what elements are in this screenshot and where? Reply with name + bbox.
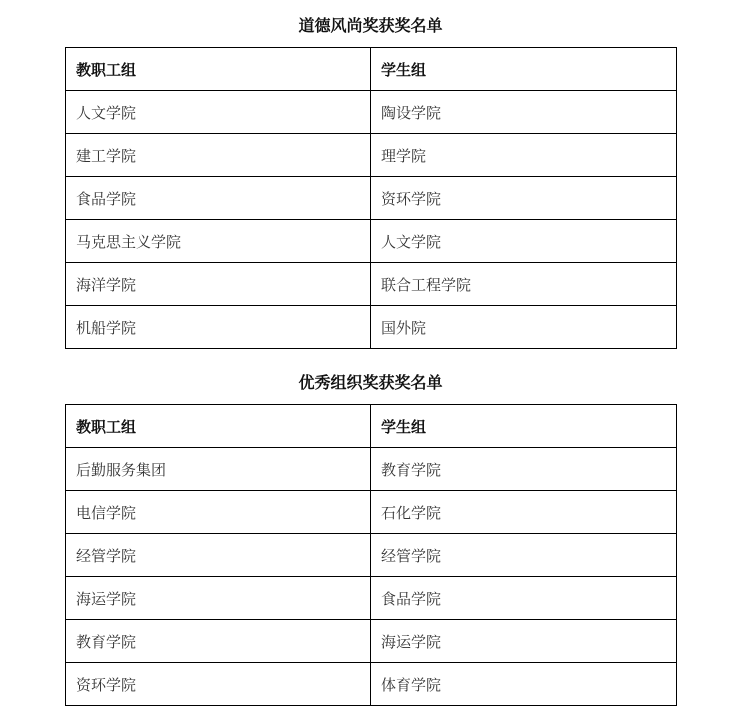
cell-staff: 后勤服务集团 (66, 448, 371, 491)
table-row: 海运学院 食品学院 (66, 577, 677, 620)
column-header-student: 学生组 (371, 405, 677, 448)
table-row: 食品学院 资环学院 (66, 177, 677, 220)
cell-student: 体育学院 (371, 663, 677, 706)
cell-student: 陶设学院 (371, 91, 677, 134)
cell-student: 教育学院 (371, 448, 677, 491)
table-row: 海洋学院 联合工程学院 (66, 263, 677, 306)
cell-staff: 食品学院 (66, 177, 371, 220)
cell-staff: 海洋学院 (66, 263, 371, 306)
cell-student: 石化学院 (371, 491, 677, 534)
column-header-staff: 教职工组 (66, 48, 371, 91)
cell-staff: 机船学院 (66, 306, 371, 349)
table-row: 资环学院 体育学院 (66, 663, 677, 706)
award-table: 教职工组 学生组 人文学院 陶设学院 建工学院 理学院 食品学院 资环学院 马克… (65, 47, 677, 349)
award-table: 教职工组 学生组 后勤服务集团 教育学院 电信学院 石化学院 经管学院 经管学院… (65, 404, 677, 706)
cell-staff: 建工学院 (66, 134, 371, 177)
table-row: 人文学院 陶设学院 (66, 91, 677, 134)
cell-student: 理学院 (371, 134, 677, 177)
table-header-row: 教职工组 学生组 (66, 48, 677, 91)
cell-staff: 海运学院 (66, 577, 371, 620)
cell-staff: 电信学院 (66, 491, 371, 534)
cell-student: 国外院 (371, 306, 677, 349)
table-row: 后勤服务集团 教育学院 (66, 448, 677, 491)
section-title: 优秀组织奖获奖名单 (65, 373, 676, 393)
cell-student: 海运学院 (371, 620, 677, 663)
cell-student: 人文学院 (371, 220, 677, 263)
table-row: 经管学院 经管学院 (66, 534, 677, 577)
column-header-student: 学生组 (371, 48, 677, 91)
table-row: 教育学院 海运学院 (66, 620, 677, 663)
cell-staff: 马克思主义学院 (66, 220, 371, 263)
cell-student: 经管学院 (371, 534, 677, 577)
cell-student: 联合工程学院 (371, 263, 677, 306)
table-row: 建工学院 理学院 (66, 134, 677, 177)
cell-staff: 人文学院 (66, 91, 371, 134)
cell-staff: 经管学院 (66, 534, 371, 577)
cell-student: 资环学院 (371, 177, 677, 220)
cell-staff: 资环学院 (66, 663, 371, 706)
section-title: 道德风尚奖获奖名单 (65, 16, 676, 36)
cell-student: 食品学院 (371, 577, 677, 620)
cell-staff: 教育学院 (66, 620, 371, 663)
table-row: 电信学院 石化学院 (66, 491, 677, 534)
table-row: 机船学院 国外院 (66, 306, 677, 349)
table-header-row: 教职工组 学生组 (66, 405, 677, 448)
table-row: 马克思主义学院 人文学院 (66, 220, 677, 263)
column-header-staff: 教职工组 (66, 405, 371, 448)
